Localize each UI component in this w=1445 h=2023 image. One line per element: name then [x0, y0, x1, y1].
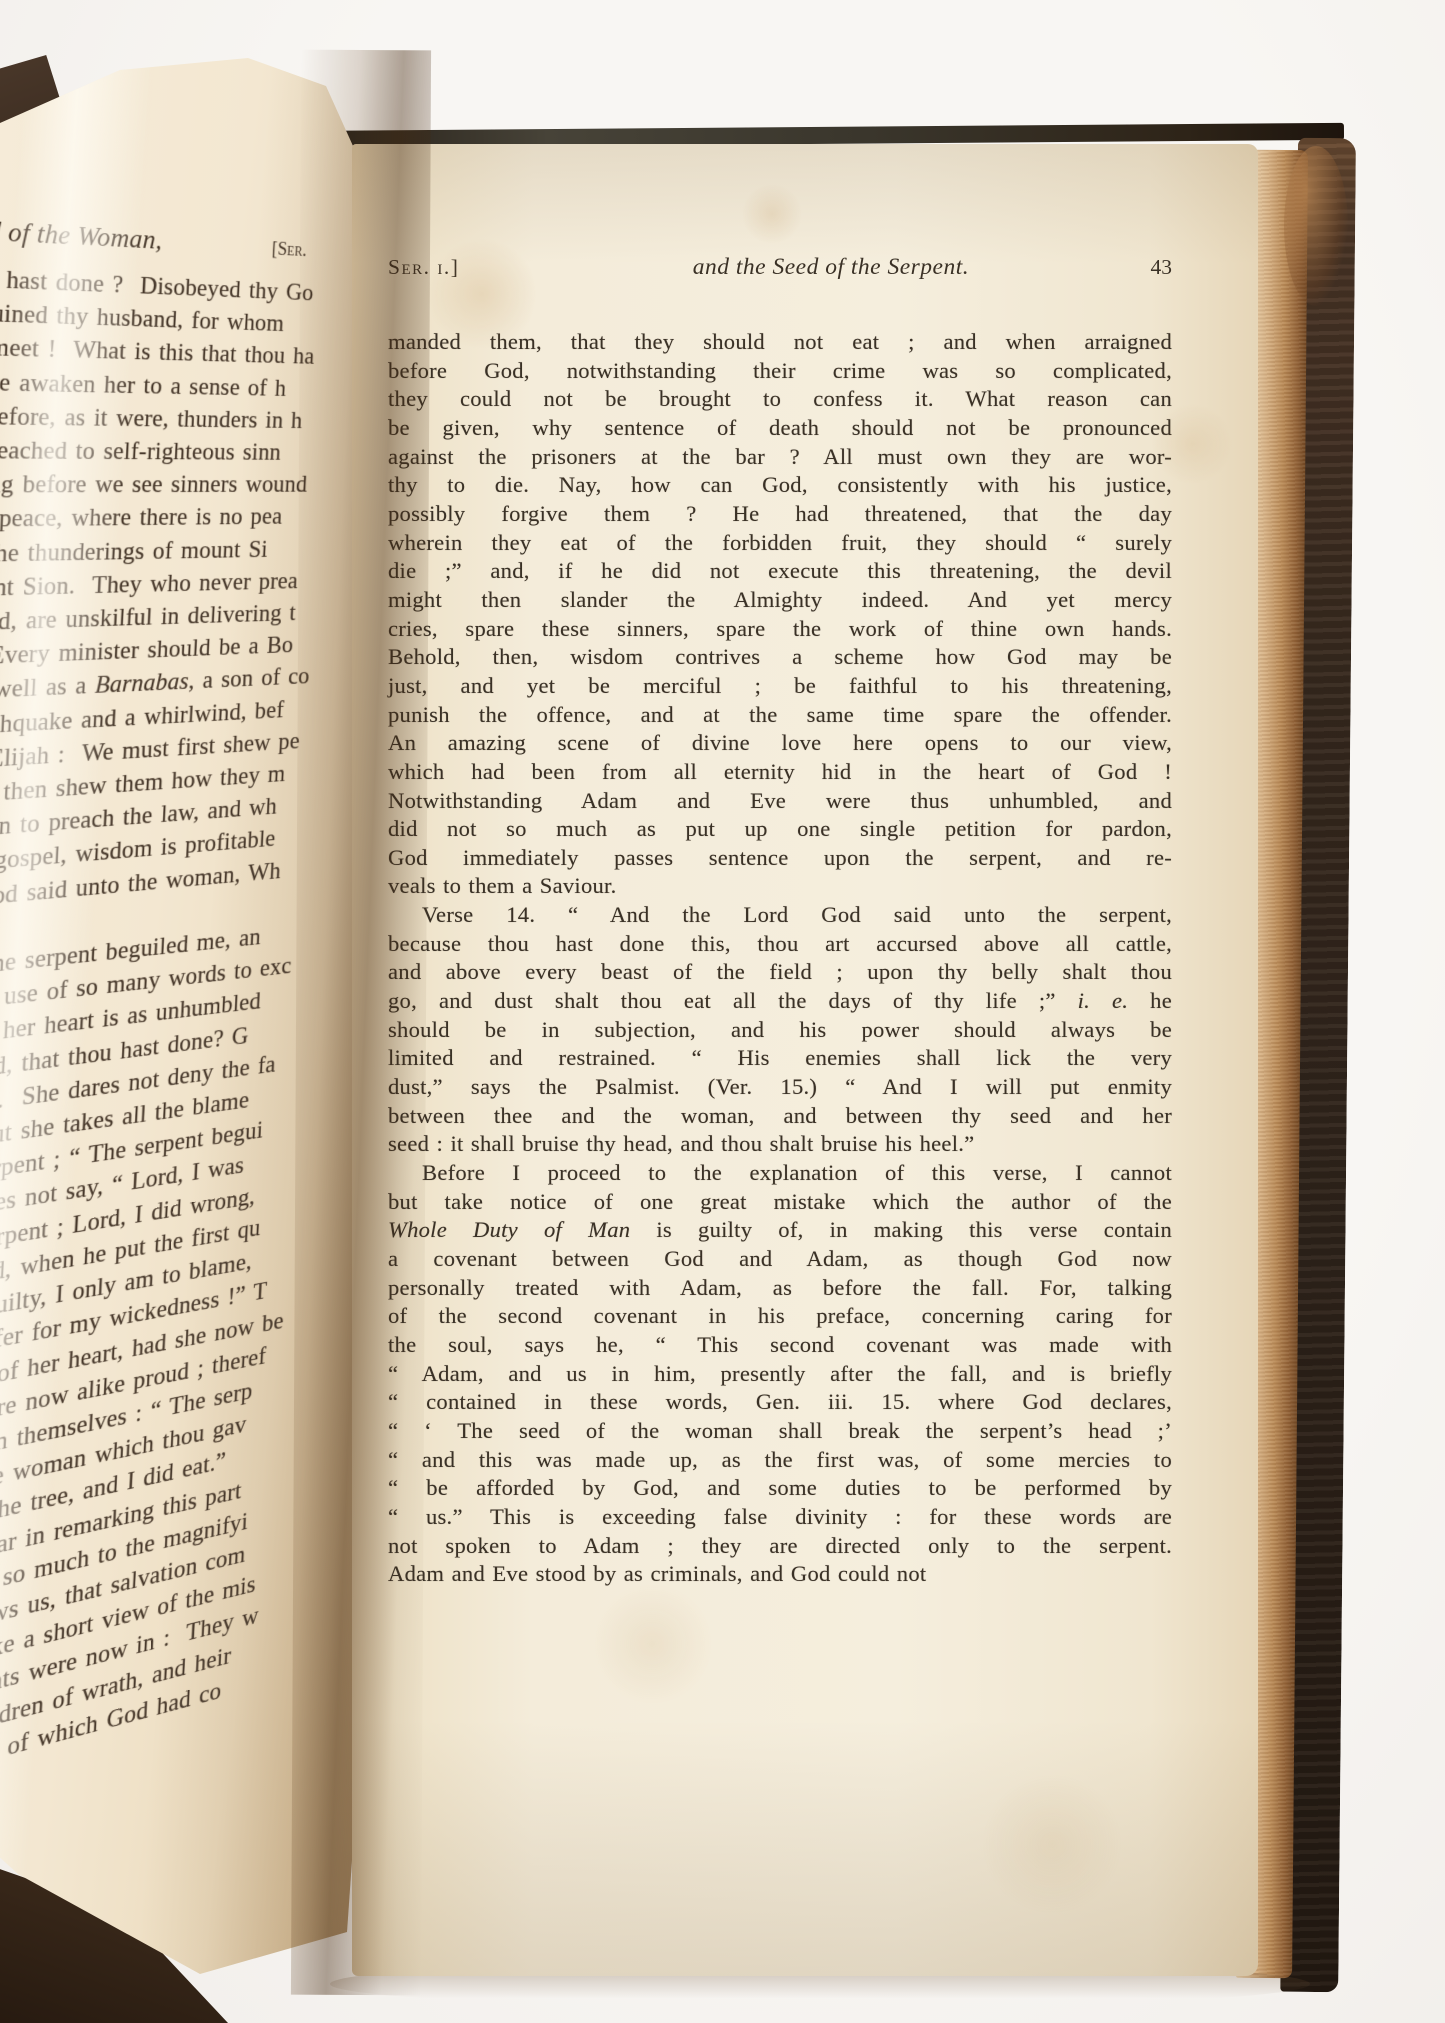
text-line: “ be afforded by God, and some duties to…	[388, 1474, 1172, 1503]
text-line: personally treated with Adam, as before …	[388, 1274, 1172, 1303]
text-line: “ and this was made up, as the first was…	[388, 1446, 1172, 1475]
text-line: seed : it shall bruise thy head, and tho…	[388, 1130, 1172, 1159]
text-line: the soul, says he, “ This second covenan…	[388, 1331, 1172, 1360]
series-label: Ser. i.]	[388, 255, 459, 280]
text-line: veals to them a Saviour.	[388, 872, 1172, 901]
text-line: they could not be brought to confess it.…	[388, 385, 1172, 414]
text-line: erefore, as it were, thunders in h	[0, 399, 377, 437]
text-line: limited and restrained. “ His enemies sh…	[388, 1044, 1172, 1073]
text-line: Behold, then, wisdom contrives a scheme …	[388, 643, 1172, 672]
left-page-body-text: u hast done ? Disobeyed thy Goruined thy…	[0, 262, 383, 1792]
text-line: e, peace, where there is no pea	[0, 500, 372, 536]
text-line: manded them, that they should not eat ; …	[388, 328, 1172, 357]
text-line: Notwithstanding Adam and Eve were thus u…	[388, 787, 1172, 816]
text-line: “ contained in these words, Gen. iii. 15…	[388, 1388, 1172, 1417]
text-line: Before I proceed to the explanation of t…	[388, 1159, 1172, 1188]
text-line: not spoken to Adam ; they are directed o…	[388, 1532, 1172, 1561]
left-page: d of the Woman, [Ser. u hast done ? Diso…	[0, 48, 380, 1998]
text-line: “ ‘ The seed of the woman shall break th…	[388, 1417, 1172, 1446]
text-line: might then slander the Almighty indeed. …	[388, 586, 1172, 615]
text-line: thy to die. Nay, how can God, consistent…	[388, 471, 1172, 500]
text-line: God immediately passes sentence upon the…	[388, 844, 1172, 873]
book-photo: d of the Woman, [Ser. u hast done ? Diso…	[0, 0, 1445, 2023]
right-page-running-header: Ser. i.] and the Seed of the Serpent. 43	[388, 254, 1172, 281]
text-line: between thee and the woman, and between …	[388, 1102, 1172, 1131]
worn-corner-patch	[1284, 146, 1348, 306]
text-line: possibly forgive them ? He had threatene…	[388, 500, 1172, 529]
text-line: ling before we see sinners wound	[0, 468, 374, 502]
text-line: Verse 14. “ And the Lord God said unto t…	[388, 901, 1172, 930]
text-line: go, and dust shalt thou eat all the days…	[388, 987, 1172, 1016]
text-line: just, and yet be merciful ; be faithful …	[388, 672, 1172, 701]
text-line: but take notice of one great mistake whi…	[388, 1188, 1172, 1217]
text-line: before God, notwithstanding their crime …	[388, 357, 1172, 386]
text-line: and above every beast of the field ; upo…	[388, 958, 1172, 987]
text-line: because thou hast done this, thou art ac…	[388, 930, 1172, 959]
text-line: cries, spare these sinners, spare the wo…	[388, 615, 1172, 644]
running-title: and the Seed of the Serpent.	[485, 254, 1176, 281]
text-line: “ Adam, and us in him, presently after t…	[388, 1360, 1172, 1389]
text-line: did not so much as put up one single pet…	[388, 815, 1172, 844]
text-line: which had been from all eternity hid in …	[388, 758, 1172, 787]
text-line: dust,” says the Psalmist. (Ver. 15.) “ A…	[388, 1073, 1172, 1102]
text-line: a covenant between God and Adam, as thou…	[388, 1245, 1172, 1274]
text-line: be given, why sentence of death should n…	[388, 414, 1172, 443]
text-line: preached to self-righteous sinn	[0, 433, 375, 468]
left-series-label: [Ser.	[271, 238, 307, 261]
text-line: die ;” and, if he did not execute this t…	[388, 557, 1172, 586]
text-line: against the prisoners at the bar ? All m…	[388, 443, 1172, 472]
right-page-text-block: Ser. i.] and the Seed of the Serpent. 43…	[388, 254, 1172, 1589]
text-line: An amazing scene of divine love here ope…	[388, 729, 1172, 758]
text-line: “ us.” This is exceeding false divinity …	[388, 1503, 1172, 1532]
text-line: wherein they eat of the forbidden fruit,…	[388, 529, 1172, 558]
text-line: of the second covenant in his preface, c…	[388, 1302, 1172, 1331]
right-page: Ser. i.] and the Seed of the Serpent. 43…	[352, 144, 1258, 1976]
text-line: punish the offence, and at the same time…	[388, 701, 1172, 730]
left-running-title: d of the Woman,	[0, 216, 163, 257]
text-line: Adam and Eve stood by as criminals, and …	[388, 1560, 1172, 1589]
left-page-running-header: d of the Woman, [Ser.	[0, 216, 308, 264]
text-line: Whole Duty of Man is guilty of, in makin…	[388, 1216, 1172, 1245]
text-line: should be in subjection, and his power s…	[388, 1016, 1172, 1045]
left-page-text-block: d of the Woman, [Ser. u hast done ? Diso…	[0, 216, 385, 1792]
right-page-body-text: manded them, that they should not eat ; …	[388, 328, 1172, 1589]
